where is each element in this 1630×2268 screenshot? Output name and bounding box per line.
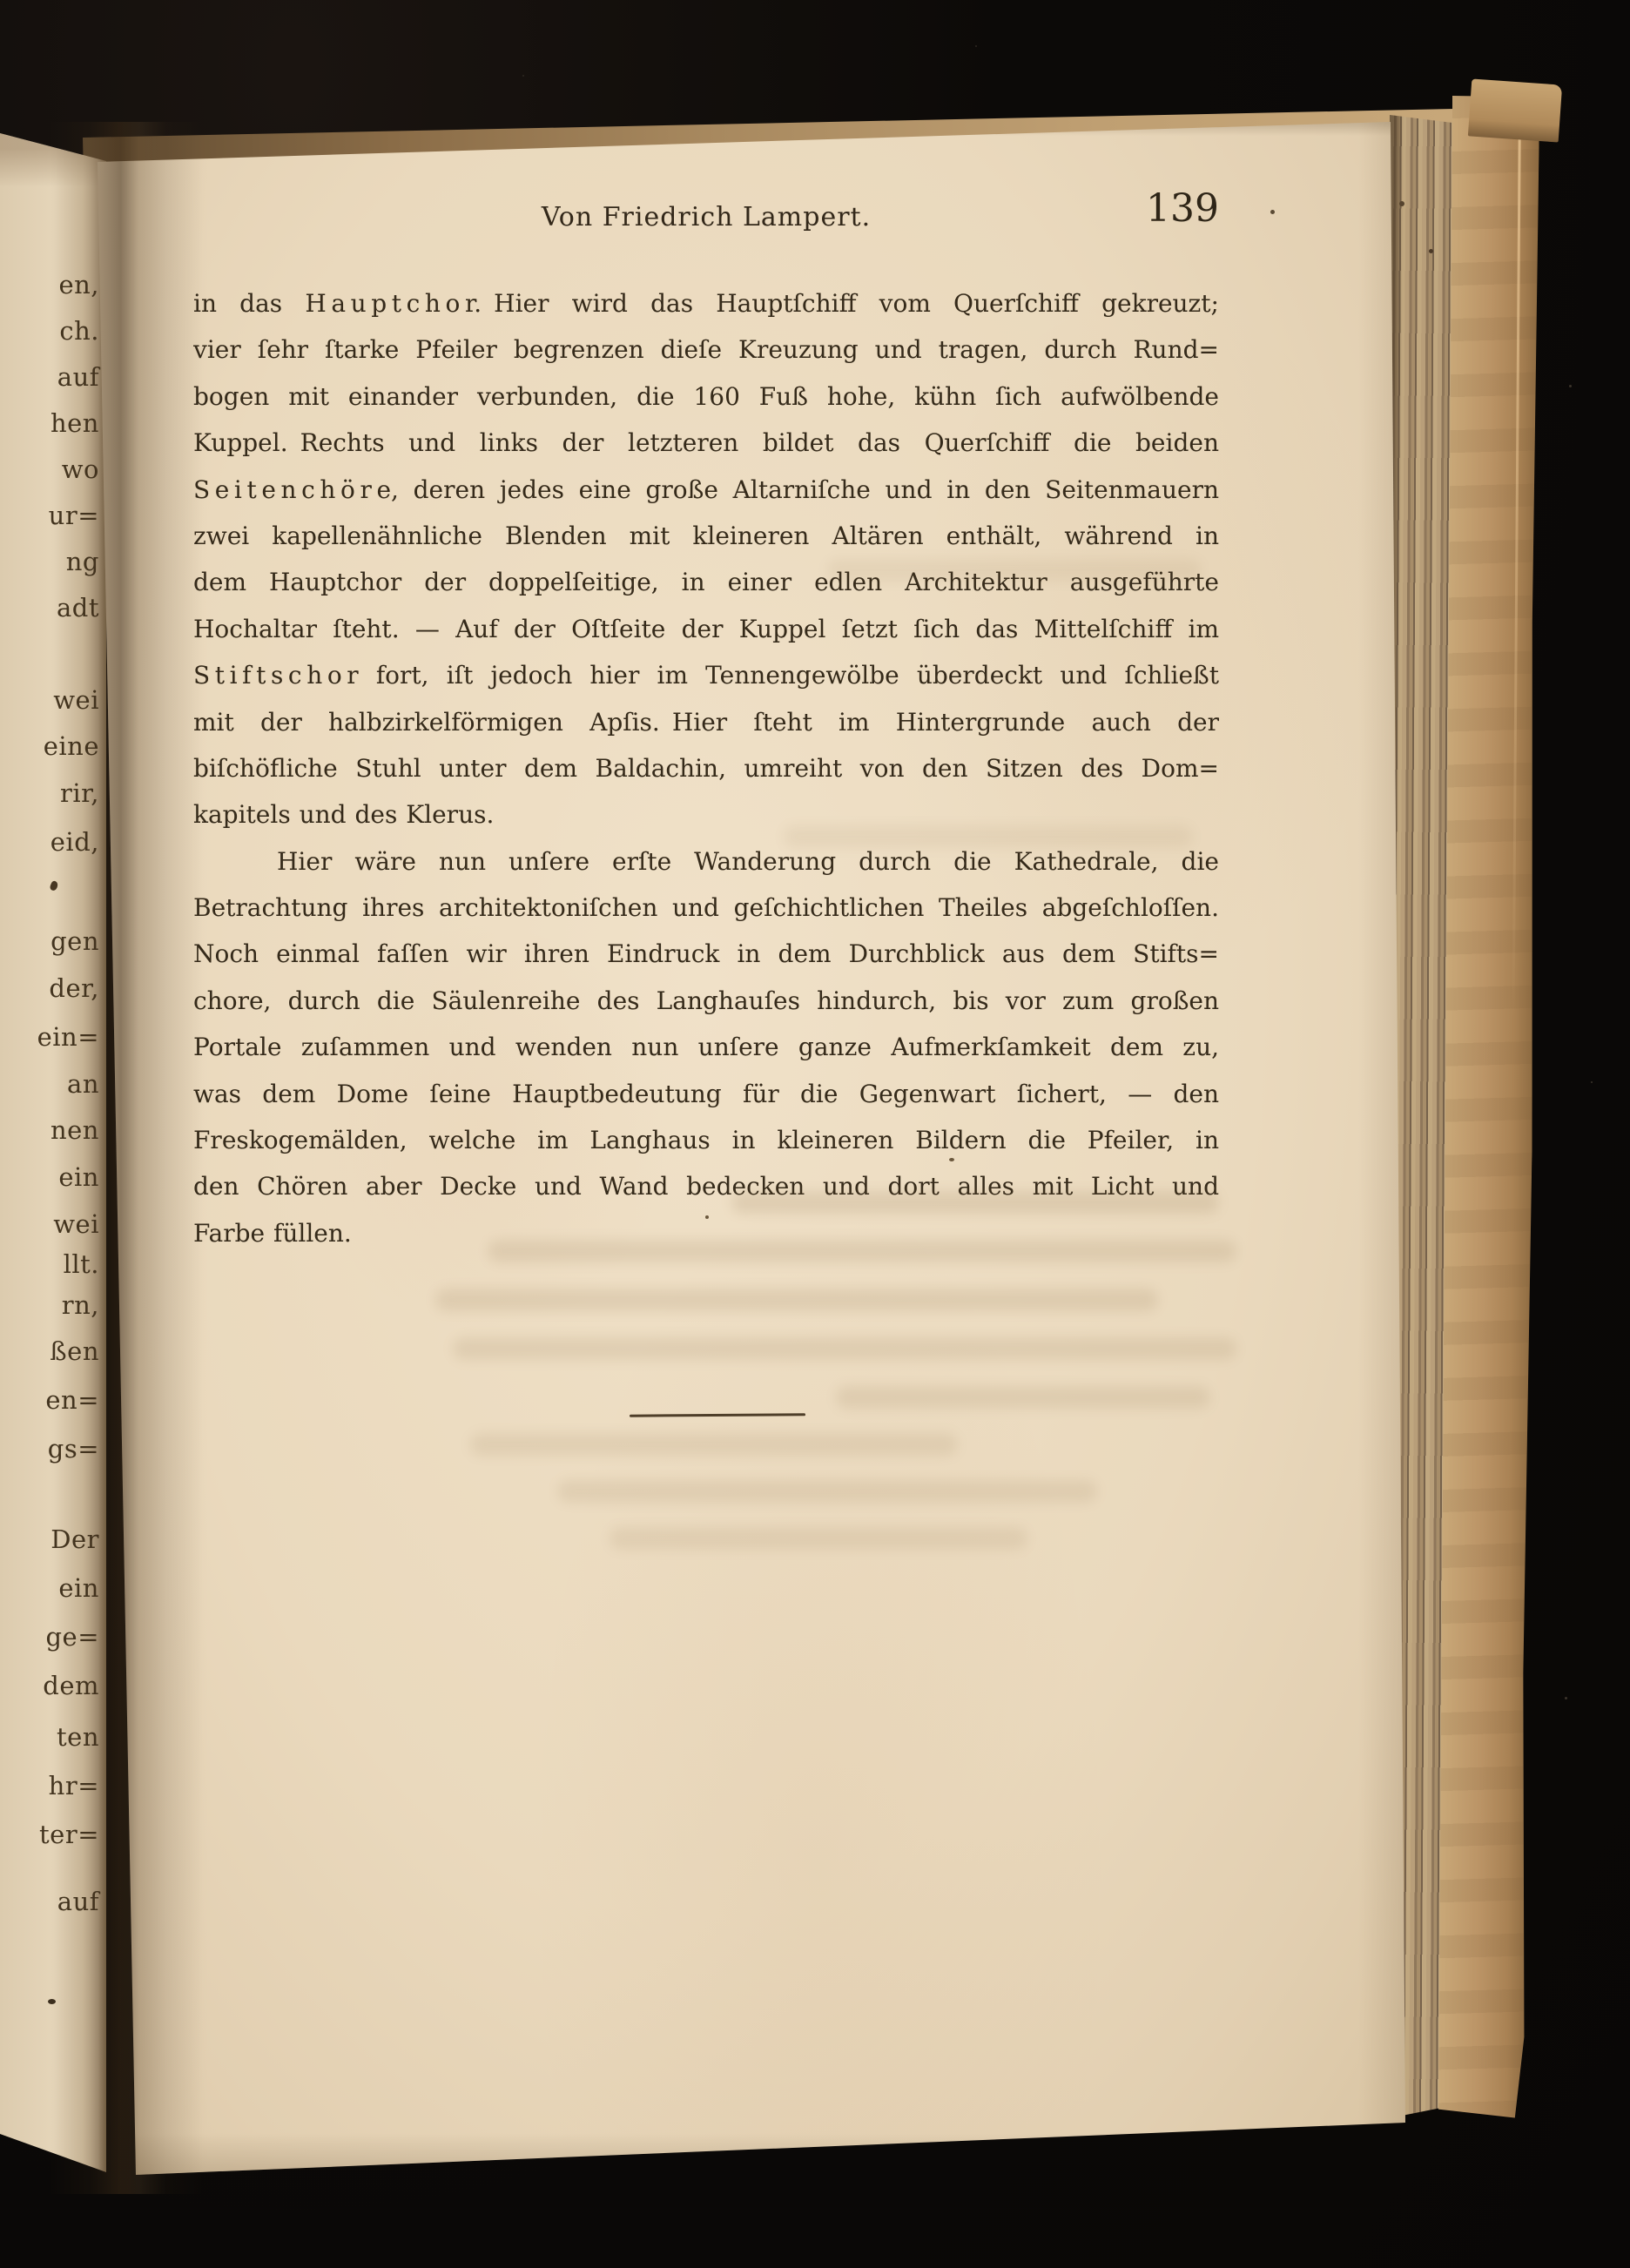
cover-backing-strip bbox=[1438, 96, 1539, 2118]
left-page-line-fragment: auf bbox=[57, 362, 99, 392]
left-page-line-fragment: eine bbox=[44, 731, 99, 761]
body-line: Portale zuſammen und wenden nun unſere g… bbox=[193, 1024, 1219, 1070]
body-line: mit der halbzirkelförmigen Apſis. Hier ſ… bbox=[193, 699, 1219, 745]
left-page-line-fragment: gen bbox=[51, 926, 99, 956]
left-page-line-fragment: ein= bbox=[37, 1022, 99, 1052]
ghost-text-smudge bbox=[435, 1289, 1158, 1311]
ghost-text-smudge bbox=[557, 1480, 1097, 1503]
ink-speck bbox=[705, 1215, 709, 1219]
left-page-line-fragment: rn, bbox=[62, 1290, 99, 1320]
dust-speck bbox=[975, 45, 977, 47]
ink-speck bbox=[48, 1999, 56, 2004]
body-line: in das H a u p t c h o r. Hier wird das … bbox=[193, 280, 1219, 326]
ghost-text-smudge bbox=[836, 1386, 1210, 1409]
left-page-line-fragment: ng bbox=[66, 547, 99, 576]
ghost-text-smudge bbox=[488, 1240, 1236, 1262]
section-divider-rule bbox=[630, 1413, 805, 1417]
left-page-line-fragment: en, bbox=[58, 270, 99, 299]
left-page-line-fragment: llt. bbox=[64, 1249, 99, 1279]
left-page-line-fragment: wei bbox=[53, 685, 99, 715]
body-line: Betrachtung ihres architektoniſchen und … bbox=[193, 885, 1219, 931]
body-line: S t i f t s c h o r fort, iſt jedoch hie… bbox=[193, 652, 1219, 698]
left-page-line-fragment: auf bbox=[57, 1887, 99, 1916]
left-page-line-fragment: rir, bbox=[60, 778, 99, 808]
dust-speck bbox=[1591, 1081, 1593, 1083]
cover-corner-tab bbox=[1468, 78, 1562, 142]
left-page-line-fragment: ein bbox=[58, 1573, 99, 1603]
ink-speck bbox=[1270, 210, 1275, 214]
ink-speck bbox=[949, 1158, 954, 1161]
ghost-text-smudge bbox=[470, 1433, 958, 1456]
left-page-line-fragment: hen bbox=[51, 408, 99, 438]
body-line: Hochaltar ſteht. — Auf der Oſtſeite der … bbox=[193, 606, 1219, 652]
body-line: bogen mit einander verbunden, die 160 Fu… bbox=[193, 374, 1219, 420]
left-page-line-fragment: ter= bbox=[39, 1820, 99, 1849]
dust-speck bbox=[522, 75, 524, 77]
left-page-line-fragment: ßen bbox=[50, 1336, 99, 1366]
ghost-text-smudge bbox=[784, 825, 1193, 848]
ghost-text-smudge bbox=[453, 1337, 1236, 1360]
body-line: Noch einmal faſſen wir ihren Eindruck in… bbox=[193, 931, 1219, 977]
body-line: chore, durch die Säulenreihe des Langhau… bbox=[193, 978, 1219, 1024]
ghost-text-smudge bbox=[827, 559, 1202, 582]
body-line: biſchöfliche Stuhl unter dem Baldachin, … bbox=[193, 745, 1219, 791]
ghost-text-smudge bbox=[731, 1191, 1219, 1214]
left-page-line-fragment: wo bbox=[62, 454, 99, 484]
left-page-line-fragment: en= bbox=[45, 1385, 99, 1415]
left-page-line-fragment: ge= bbox=[45, 1622, 99, 1652]
left-page-line-fragment: an bbox=[67, 1069, 99, 1099]
left-page-line-fragment: ein bbox=[58, 1162, 99, 1192]
ghost-text-smudge bbox=[610, 1527, 1027, 1550]
dust-speck bbox=[1569, 385, 1572, 387]
left-page-line-fragment: nen bbox=[51, 1115, 99, 1145]
left-page-line-fragment: eid, bbox=[51, 827, 99, 857]
left-page-line-fragment: gs= bbox=[48, 1434, 99, 1464]
ink-speck bbox=[1429, 249, 1433, 253]
body-line: Kuppel. Rechts und links der letzteren b… bbox=[193, 420, 1219, 466]
ink-speck bbox=[1399, 201, 1404, 206]
left-page-line-fragment: dem bbox=[43, 1671, 99, 1700]
left-page-line-fragment: Der bbox=[51, 1524, 99, 1554]
left-page-line-fragment: hr= bbox=[49, 1771, 99, 1800]
page-number: 139 bbox=[193, 186, 1219, 231]
body-line: zwei kapellenähnliche Blenden mit kleine… bbox=[193, 513, 1219, 559]
body-line: S e i t e n c h ö r e, deren jedes eine … bbox=[193, 467, 1219, 513]
dust-speck bbox=[1565, 1697, 1567, 1699]
left-page-line-fragment: adt bbox=[57, 593, 99, 623]
left-page-sliver: en,ch.aufhenwour=ngadtweieinerir,eid,gen… bbox=[0, 126, 106, 2179]
page-body: in das H a u p t c h o r. Hier wird das … bbox=[193, 280, 1219, 1256]
body-line: Freskogemälden, welche im Langhaus in kl… bbox=[193, 1117, 1219, 1163]
left-page-line-fragment: ur= bbox=[49, 501, 99, 530]
body-line: was dem Dome ſeine Hauptbedeutung für di… bbox=[193, 1071, 1219, 1117]
body-line: vier ſehr ſtarke Pfeiler begrenzen dieſe… bbox=[193, 326, 1219, 373]
left-page-line-fragment: wei bbox=[53, 1209, 99, 1239]
left-page-line-fragment: der, bbox=[49, 973, 99, 1003]
scanned-book-photo: { "document": { "header": { "title": "Vo… bbox=[0, 0, 1630, 2268]
left-page-line-fragment: ten bbox=[57, 1722, 99, 1752]
left-page-line-fragment: ch. bbox=[59, 316, 99, 346]
main-page: Von Friedrich Lampert. 139 in das H a u … bbox=[87, 113, 1419, 2185]
